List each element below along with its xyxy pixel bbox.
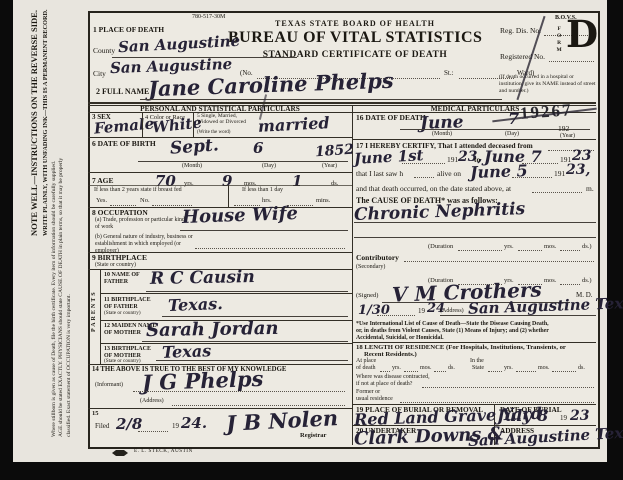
secondary-label: (Secondary) <box>356 264 385 271</box>
residence-dots-4 <box>488 370 502 372</box>
row-border-mother-bp <box>88 364 352 365</box>
dob-month-handwriting: Sept. <box>169 137 219 157</box>
age-ds-caption: ds. <box>331 180 338 187</box>
certify-yr1-printed: 191 <box>447 156 458 164</box>
duration2-dots-3 <box>560 283 580 285</box>
signed-address-label: (Address) <box>440 308 464 315</box>
certify-yr2-handwriting: 23 <box>572 149 591 163</box>
registered-label: Registered No. <box>500 53 545 61</box>
residence-yrs-2: yrs. <box>504 365 513 372</box>
occupation-line <box>180 230 348 231</box>
row-border-sex <box>88 137 352 138</box>
no-label: No. <box>140 197 150 204</box>
former-label-2: usual residence <box>356 396 393 403</box>
dod-day-caption: (Day) <box>505 131 519 138</box>
occupation-a-label: (a) Trade, profession or particular kind… <box>95 217 187 231</box>
father-name-label: 10 NAME OF FATHER <box>104 272 152 286</box>
duration-dots-1 <box>458 249 502 251</box>
parents-strip-divider <box>100 269 101 364</box>
form-letter-d: D <box>566 14 598 55</box>
filed-item-number: 15 <box>92 410 99 417</box>
film-edge-left <box>0 0 13 480</box>
duration-dots-3 <box>560 249 580 251</box>
film-edge-bottom <box>0 462 623 480</box>
saw-yr3-printed: 191 <box>554 170 565 178</box>
duration2-ds: ds.) <box>582 277 592 284</box>
signed-address-line <box>440 315 596 316</box>
mother-name-handwriting: Sarah Jordan <box>146 320 279 340</box>
personal-title: PERSONAL AND STATISTICAL PARTICULARS <box>90 105 350 113</box>
residence-dots-2 <box>404 370 418 372</box>
mother-bp-line <box>156 360 348 361</box>
row-border-dod <box>352 139 596 140</box>
residence-ds-1: ds. <box>448 365 455 372</box>
birthplace-hint: (State or country) <box>95 262 136 268</box>
informant-label: (Informant) <box>95 382 123 389</box>
residence-yrs-1: yrs. <box>392 365 401 372</box>
dob-label: 6 DATE OF BIRTH <box>92 140 156 148</box>
board-title: TEXAS STATE BOARD OF HEALTH <box>248 20 462 29</box>
row-border-father <box>100 293 352 294</box>
occurred-dots <box>532 191 582 193</box>
mins-label: mins. <box>316 197 330 204</box>
print-code: 780-517-30M <box>192 14 225 21</box>
burial-year-printed: 19 <box>560 415 567 423</box>
death-certificate-scan: NOTE WELL—INSTRUCTIONS ON THE REVERSE SI… <box>0 0 623 480</box>
filed-year-handwriting: 24. <box>181 416 207 431</box>
row-border-mother <box>100 343 352 344</box>
duration-dots-2 <box>518 249 542 251</box>
age-yrs-caption: yrs. <box>184 180 194 187</box>
row-border-footnote <box>352 342 596 343</box>
residence-dots-6 <box>552 370 576 372</box>
contributory-dots <box>404 260 594 262</box>
state-label: State <box>472 365 484 372</box>
father-bp-line <box>162 316 348 317</box>
cause-footnote-3: Accidental, Suicidal, or Homicidal. <box>356 335 444 342</box>
full-name-label: 2 FULL NAME <box>96 88 149 97</box>
signed-label: (Signed) <box>356 292 378 299</box>
sex-race-divider <box>142 112 143 137</box>
county-label: County <box>93 47 115 55</box>
city-label: City <box>93 70 106 78</box>
place-of-death-label: 1 PLACE OF DEATH <box>93 26 164 34</box>
yes-label: Yes. <box>96 197 107 204</box>
bureau-title: BUREAU OF VITAL STATISTICS <box>228 29 482 47</box>
margin-note-heading: NOTE WELL—INSTRUCTIONS ON THE REVERSE SI… <box>30 54 40 236</box>
marital-handwriting: married <box>258 115 330 135</box>
margin-note-paragraph: Where stillborn is given as cause of Dea… <box>51 157 73 437</box>
yes-dots <box>110 204 136 206</box>
saw-date-handwriting: June 5 <box>470 163 528 181</box>
filed-dots <box>138 430 168 432</box>
former-dots <box>400 401 594 403</box>
signed-date-dots <box>377 314 415 316</box>
informant-dots <box>133 390 345 392</box>
father-name-line <box>146 291 348 292</box>
burial-date-handwriting: July 8 <box>497 408 548 424</box>
residence-dots-5 <box>516 370 536 372</box>
cause-footnote-2: or, in deaths from Violent Causes, State… <box>356 328 549 335</box>
filed-year-printed: 19 <box>172 423 179 431</box>
duration-yrs: yrs. <box>504 243 514 250</box>
saw-yr3-handwriting: 23, <box>566 163 590 177</box>
form-label: FORM <box>556 26 562 54</box>
age-subrow-border <box>88 185 352 186</box>
dod-month-caption: (Month) <box>432 131 452 138</box>
dob-day-caption: (Day) <box>262 163 276 170</box>
duration2-mos: mos. <box>544 277 556 284</box>
standard-title: STANDARD CERTIFICATE OF DEATH <box>248 50 462 61</box>
cause-footnote-1: *Use International List of Cause of Deat… <box>356 321 549 328</box>
cause-line-2 <box>354 237 596 238</box>
residence-ds-2: ds. <box>578 365 585 372</box>
occupation-b-dots <box>195 247 345 249</box>
informant-address-label: (Address) <box>140 398 164 405</box>
saw-pre-label: that I last saw h <box>356 170 403 178</box>
age-days-handwriting: 1 <box>292 174 302 189</box>
dob-year-caption: (Year) <box>322 163 337 170</box>
of-death-label: of death <box>356 365 376 372</box>
former-label-1: Former or <box>356 389 380 396</box>
cause-line-1 <box>354 222 596 223</box>
breastfed-note: If less than 2 years state if breast fed <box>94 187 182 194</box>
film-edge-right <box>607 0 623 480</box>
mother-bp-handwriting: Texas <box>162 343 212 361</box>
occurred-m-label: m. <box>586 185 594 193</box>
occupation-handwriting: House Wife <box>182 205 298 227</box>
marital-label: 5 Single, Married, Widowed or Divorced <box>197 113 255 126</box>
age-subrow-divider <box>228 185 229 207</box>
contracted-label-2: if not at place of death? <box>356 381 412 388</box>
printer-text: E. L. STECK, AUSTIN <box>134 449 193 455</box>
duration-label: (Duration <box>428 243 453 250</box>
residence-mos-2: mos. <box>538 365 550 372</box>
race-marital-divider <box>193 112 194 137</box>
lessday-note: If less than 1 day <box>242 187 283 194</box>
reg-dis-label: Reg. Dis. No. <box>500 27 541 35</box>
father-name-handwriting: R C Causin <box>150 269 255 288</box>
parents-vertical-label: PARENTS <box>91 270 98 332</box>
saw-h-dots <box>414 176 434 178</box>
filed-label: Filed <box>95 423 109 431</box>
father-bp-handwriting: Texas. <box>168 296 223 314</box>
registrar-signature: J B Nolen <box>226 407 339 434</box>
burial-year-handwriting: 23 <box>570 409 589 423</box>
duration-ds: ds.) <box>582 243 592 250</box>
residence-mos-1: mos. <box>420 365 432 372</box>
saw-date-dots <box>512 176 552 178</box>
registered-dots <box>549 60 594 62</box>
saw-mid-label: alive on <box>437 170 461 178</box>
dod-label: 16 DATE OF DEATH <box>356 114 426 122</box>
city-st-label: St.: <box>444 70 454 78</box>
contributory-label: Contributory <box>356 254 399 262</box>
full-name-line <box>140 99 502 100</box>
occurred-label: and that death occurred, on the date sta… <box>356 185 511 193</box>
residence-dots-3 <box>434 370 446 372</box>
contracted-dots <box>422 386 594 388</box>
residence-dots-1 <box>380 370 390 372</box>
certify-from-handwriting: June 1st <box>354 148 424 167</box>
father-bp-hint: (State or country) <box>104 311 141 317</box>
certify-from-dots <box>402 162 445 164</box>
in-the-label: In the <box>470 358 484 365</box>
no-dots <box>152 204 192 206</box>
hospital-note: (If death occurred in a hospital or inst… <box>499 74 596 95</box>
row-border-dob <box>88 172 352 173</box>
at-place-label: At place <box>356 358 376 365</box>
dob-month-caption: (Month) <box>182 163 202 170</box>
dob-line <box>138 161 348 162</box>
dob-year-handwriting: 1852 <box>315 143 355 160</box>
contracted-label-1: Where was disease contracted, <box>356 374 430 381</box>
duration-mos: mos. <box>544 243 556 250</box>
dob-day-handwriting: 6 <box>253 141 263 156</box>
signed-year-printed: 19 <box>418 308 425 316</box>
registrar-label: Registrar <box>300 432 326 439</box>
margin-note-subheading: WRITE PLAINLY, WITH UNFADING INK—THIS IS… <box>42 51 49 236</box>
